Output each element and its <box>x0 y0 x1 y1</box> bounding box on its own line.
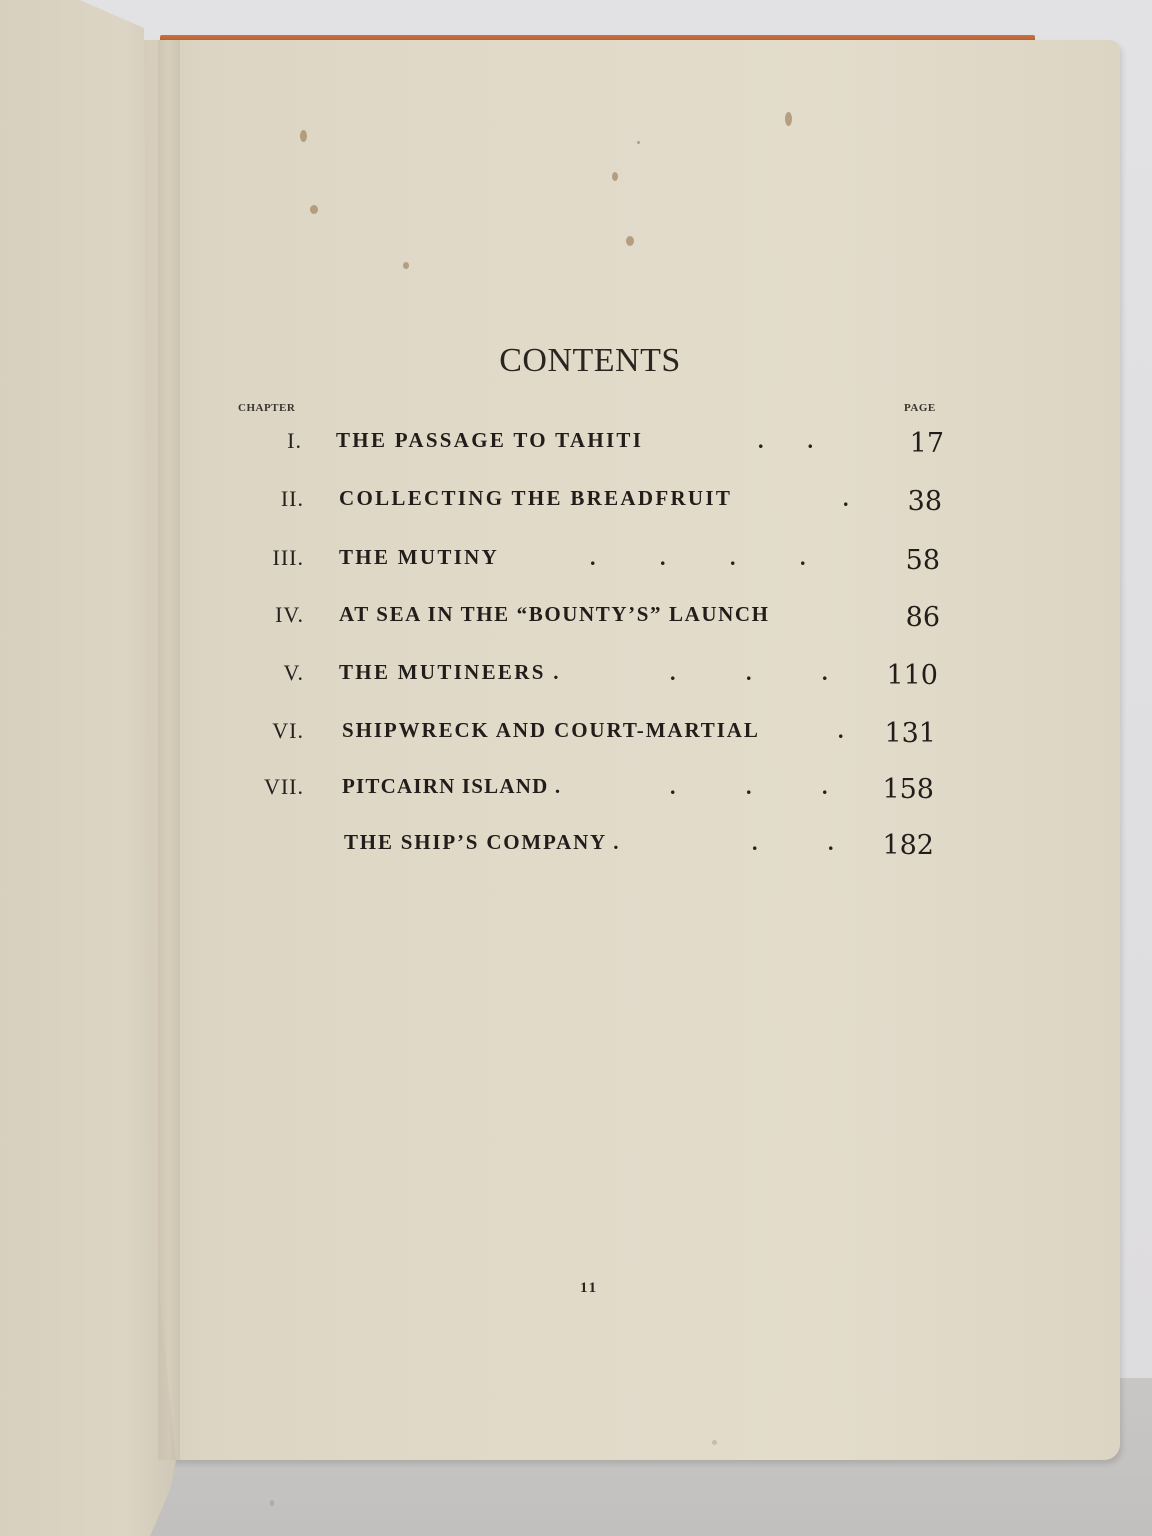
chapter-number: III. <box>273 545 304 571</box>
chapter-number: V. <box>283 660 304 686</box>
chapter-number: VII. <box>264 774 304 800</box>
dot-leader: . . . . <box>590 545 810 571</box>
foxing-spot <box>785 112 792 126</box>
dot-leader: . <box>838 718 844 744</box>
page-title: CONTENTS <box>0 342 1152 380</box>
page-number: 38 <box>908 486 942 517</box>
foxing-spot <box>712 1440 717 1445</box>
toc-entry: IV. AT SEA IN THE “BOUNTY’S” LAUNCH 86 <box>230 602 950 642</box>
page-number: 182 <box>882 830 934 861</box>
chapter-number: II. <box>281 486 304 512</box>
foxing-spot <box>310 205 318 214</box>
page-number: 86 <box>906 602 940 633</box>
chapter-title: THE PASSAGE TO TAHITI <box>336 428 643 453</box>
chapter-number: IV. <box>275 602 304 628</box>
toc-entry: THE SHIP’S COMPANY . . . 182 <box>230 830 950 870</box>
page-column-header: PAGE <box>904 402 936 414</box>
chapter-number: I. <box>287 428 302 454</box>
chapter-title: AT SEA IN THE “BOUNTY’S” LAUNCH <box>339 602 770 627</box>
chapter-number: VI. <box>272 718 304 744</box>
page-number: 131 <box>884 718 936 749</box>
foxing-spot <box>626 236 634 246</box>
dot-leader: . . <box>758 428 813 454</box>
foxing-spot <box>300 130 307 142</box>
dot-leader: . . . <box>670 774 832 800</box>
dot-leader: . . . <box>670 660 832 686</box>
chapter-title: THE SHIP’S COMPANY . <box>344 830 620 855</box>
foxing-spot <box>637 141 640 144</box>
toc-entry: II. COLLECTING THE BREADFRUIT . 38 <box>230 486 950 526</box>
chapter-title: PITCAIRN ISLAND . <box>342 774 561 799</box>
chapter-title: THE MUTINEERS . <box>339 660 561 685</box>
folio-page-number: 11 <box>580 1280 598 1297</box>
foxing-spot <box>403 262 409 269</box>
chapter-title: SHIPWRECK AND COURT-MARTIAL <box>342 718 760 743</box>
chapter-title: COLLECTING THE BREADFRUIT <box>339 486 732 511</box>
page-number: 158 <box>882 774 934 805</box>
toc-entry: I. THE PASSAGE TO TAHITI . . 17 <box>230 428 950 468</box>
foxing-spot <box>270 1500 274 1506</box>
toc-entry: VII. PITCAIRN ISLAND . . . . 158 <box>230 774 950 814</box>
page-number: 110 <box>886 660 938 691</box>
toc-entry: V. THE MUTINEERS . . . . 110 <box>230 660 950 700</box>
dot-leader: . . <box>752 830 838 856</box>
foxing-spot <box>612 172 618 181</box>
page-number: 58 <box>906 545 940 576</box>
chapter-column-header: CHAPTER <box>238 402 295 414</box>
book-gutter <box>158 40 180 1460</box>
chapter-title: THE MUTINY <box>339 545 499 570</box>
page-number: 17 <box>910 428 944 459</box>
toc-entry: III. THE MUTINY . . . . 58 <box>230 545 950 585</box>
toc-entry: VI. SHIPWRECK AND COURT-MARTIAL . 131 <box>230 718 950 758</box>
dot-leader: . <box>843 486 849 512</box>
